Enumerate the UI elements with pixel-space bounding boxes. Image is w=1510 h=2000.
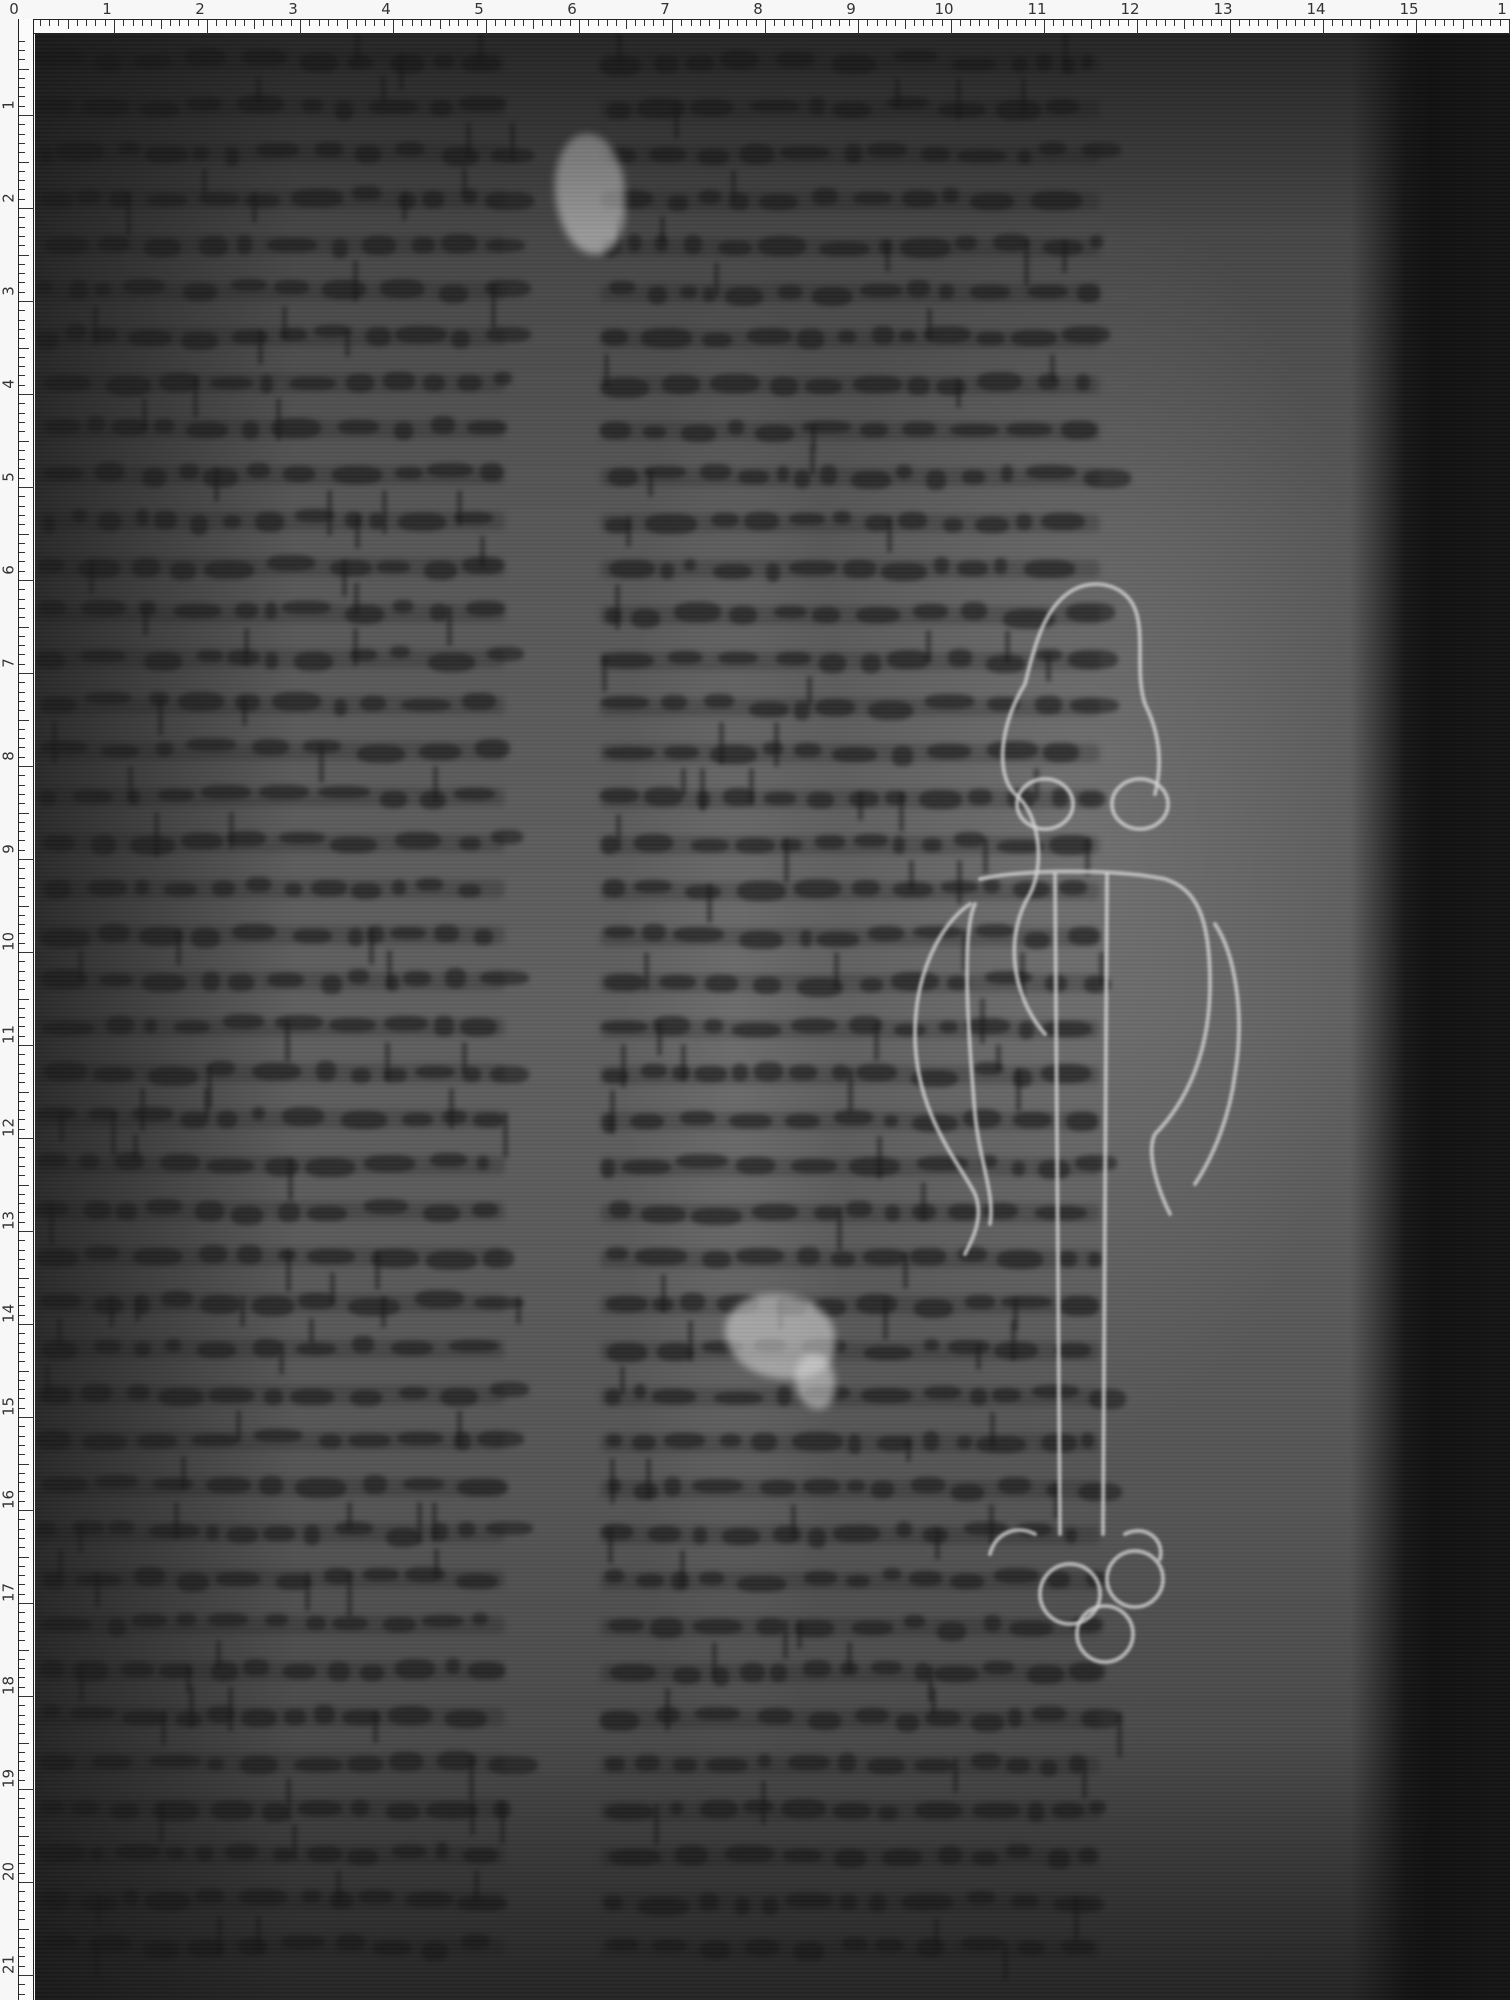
ruler-tick	[1463, 20, 1464, 29]
ruler-tick	[821, 20, 822, 26]
ruler-tick	[1128, 20, 1129, 26]
ruler-tick	[95, 20, 96, 26]
ruler-tick	[1221, 20, 1222, 26]
ruler-tick	[19, 720, 29, 721]
ruler-tick	[19, 1724, 25, 1725]
ruler-tick	[207, 20, 208, 34]
ruler-tick	[19, 999, 29, 1000]
ruler-tick	[291, 20, 292, 26]
ruler-tick	[1156, 20, 1157, 26]
ruler-tick	[495, 20, 496, 26]
ruler-tick	[19, 1212, 25, 1213]
ruler-tick	[19, 552, 25, 553]
top-ruler	[18, 19, 1510, 34]
ruler-tick	[19, 385, 25, 386]
ruler-tick	[151, 20, 152, 26]
ruler-tick	[19, 766, 34, 767]
scan-texture	[35, 34, 1510, 2000]
ruler-tick	[19, 589, 25, 590]
ruler-tick	[1035, 20, 1036, 26]
ruler-tick	[653, 20, 654, 26]
ruler-tick	[19, 952, 34, 953]
ruler-tick	[1174, 20, 1175, 26]
ruler-tick	[19, 282, 25, 283]
ruler-tick	[19, 301, 34, 302]
ruler-tick	[19, 1994, 25, 1995]
ruler-tick	[281, 20, 282, 26]
ruler-tick	[19, 645, 25, 646]
ruler-tick	[19, 803, 25, 804]
ruler-label: 15	[1399, 1, 1418, 17]
ruler-tick	[19, 608, 25, 609]
ruler-tick	[19, 1017, 25, 1018]
ruler-tick	[858, 20, 859, 34]
ruler-tick	[170, 20, 171, 26]
ruler-tick	[1044, 20, 1045, 34]
ruler-tick	[663, 20, 664, 26]
ruler-tick	[1388, 20, 1389, 26]
ruler-tick	[19, 50, 25, 51]
ruler-tick	[19, 1770, 25, 1771]
ruler-tick	[19, 1371, 29, 1372]
ruler-tick	[19, 348, 29, 349]
ruler-tick	[49, 20, 50, 26]
ruler-tick	[19, 487, 34, 488]
ruler-tick	[598, 20, 599, 26]
ruler-label: 20	[2, 1863, 17, 1881]
ruler-tick	[19, 1845, 25, 1846]
ruler-tick	[179, 20, 180, 26]
ruler-tick	[19, 1343, 25, 1344]
ruler-tick	[1091, 20, 1092, 29]
ruler-tick	[19, 115, 34, 116]
ruler-tick	[19, 534, 29, 535]
ruler-tick	[672, 20, 673, 34]
ruler-tick	[19, 692, 25, 693]
ruler-tick	[905, 20, 906, 29]
ruler-tick	[19, 1975, 34, 1976]
ruler-tick	[19, 1863, 25, 1864]
ruler-tick	[979, 20, 980, 26]
ruler-tick	[19, 822, 25, 823]
ruler-tick	[19, 1296, 25, 1297]
ruler-label: 10	[2, 933, 17, 951]
ruler-tick	[1342, 20, 1343, 26]
ruler-tick	[449, 20, 450, 26]
ruler-tick	[19, 496, 25, 497]
ruler-tick	[19, 943, 25, 944]
ruler-tick	[19, 859, 34, 860]
ruler-tick	[19, 1454, 25, 1455]
ruler-tick	[19, 1259, 25, 1260]
ruler-tick	[384, 20, 385, 26]
ruler-tick	[1370, 20, 1371, 29]
ruler-tick	[19, 794, 25, 795]
ruler-tick	[849, 20, 850, 26]
ruler-tick	[1490, 20, 1491, 26]
ruler-tick	[19, 1687, 25, 1688]
ruler-tick	[68, 20, 69, 29]
ruler-tick	[19, 69, 29, 70]
ruler-tick	[300, 20, 301, 34]
ruler-tick	[839, 20, 840, 26]
ruler-tick	[19, 961, 25, 962]
ruler-tick	[19, 227, 25, 228]
ruler-tick	[514, 20, 515, 26]
ruler-tick	[19, 1705, 25, 1706]
ruler-tick	[19, 1185, 29, 1186]
ruler-tick	[19, 422, 25, 423]
ruler-tick	[19, 1817, 25, 1818]
ruler-label: 10	[934, 1, 953, 17]
ruler-tick	[1435, 20, 1436, 26]
ruler-tick	[1472, 20, 1473, 26]
ruler-tick	[19, 1873, 25, 1874]
ruler-tick	[607, 20, 608, 26]
ruler-tick	[19, 1231, 34, 1232]
ruler-tick	[86, 20, 87, 26]
ruler-tick	[867, 20, 868, 26]
ruler-tick	[19, 199, 25, 200]
ruler-tick	[914, 20, 915, 26]
ruler-tick	[19, 1947, 25, 1948]
ruler-label: 21	[2, 1956, 17, 1974]
ruler-tick	[19, 1361, 25, 1362]
ruler-tick	[19, 506, 25, 507]
ruler-tick	[123, 20, 124, 26]
ruler-tick	[19, 1491, 25, 1492]
ruler-tick	[1379, 20, 1380, 26]
ruler-tick	[365, 20, 366, 26]
ruler-label: 11	[1027, 1, 1046, 17]
ruler-label: 4	[381, 1, 391, 17]
ruler-tick	[19, 245, 25, 246]
ruler-tick	[1304, 20, 1305, 26]
ruler-label: 18	[2, 1677, 17, 1695]
ruler-tick	[19, 1426, 25, 1427]
ruler-tick	[19, 1575, 25, 1576]
ruler-tick	[560, 20, 561, 26]
ruler-tick	[1025, 20, 1026, 26]
ruler-tick	[728, 20, 729, 26]
ruler-tick	[1211, 20, 1212, 26]
ruler-tick	[19, 1938, 25, 1939]
ruler-label: 3	[288, 1, 298, 17]
ruler-tick	[19, 1780, 25, 1781]
ruler-tick	[19, 757, 25, 758]
ruler-tick	[1416, 20, 1417, 34]
ruler-tick	[19, 636, 25, 637]
ruler-tick	[19, 1761, 25, 1762]
ruler-tick	[402, 20, 403, 26]
ruler-tick	[1239, 20, 1240, 26]
ruler-label: 8	[2, 747, 17, 765]
ruler-tick	[393, 20, 394, 34]
ruler-tick	[1053, 20, 1054, 26]
ruler-tick	[1193, 20, 1194, 26]
ruler-tick	[19, 1203, 25, 1204]
ruler-tick	[895, 20, 896, 26]
ruler-tick	[412, 20, 413, 26]
ruler-tick	[1397, 20, 1398, 26]
ruler-tick	[19, 1919, 25, 1920]
ruler-label: 15	[2, 1398, 17, 1416]
ruler-tick	[374, 20, 375, 26]
ruler-tick	[551, 20, 552, 26]
ruler-tick	[486, 20, 487, 34]
ruler-tick	[505, 20, 506, 26]
ruler-tick	[19, 162, 29, 163]
ruler-tick	[19, 1026, 25, 1027]
ruler-tick	[998, 20, 999, 29]
ruler-tick	[19, 1464, 29, 1465]
ruler-tick	[19, 580, 34, 581]
ruler-tick	[1323, 20, 1324, 34]
ruler-tick	[58, 20, 59, 26]
ruler-tick	[19, 413, 25, 414]
ruler-tick	[19, 1631, 25, 1632]
ruler-tick	[19, 785, 25, 786]
ruler-tick	[19, 1733, 25, 1734]
ruler-tick	[719, 20, 720, 29]
ruler-tick	[19, 515, 25, 516]
ruler-tick	[309, 20, 310, 26]
ruler-tick	[19, 1482, 25, 1483]
ruler-tick	[19, 1510, 34, 1511]
ruler-tick	[1351, 20, 1352, 26]
ruler-tick	[19, 310, 25, 311]
ruler-tick	[19, 189, 25, 190]
ruler-tick	[19, 524, 25, 525]
ruler-tick	[1258, 20, 1259, 26]
ruler-label: 6	[567, 1, 577, 17]
ruler-tick	[19, 1408, 25, 1409]
ruler-tick	[254, 20, 255, 29]
ruler-tick	[644, 20, 645, 26]
ruler-tick	[19, 292, 25, 293]
ruler-tick	[226, 20, 227, 26]
ruler-tick	[19, 1222, 25, 1223]
ruler-tick	[19, 1278, 29, 1279]
ruler-tick	[923, 20, 924, 26]
manuscript-scan	[35, 34, 1510, 2000]
ruler-tick	[477, 20, 478, 26]
ruler-tick	[198, 20, 199, 26]
ruler-label: 12	[1120, 1, 1139, 17]
ruler-tick	[347, 20, 348, 29]
ruler-tick	[19, 1501, 25, 1502]
ruler-label: 1	[1497, 1, 1507, 17]
ruler-tick	[356, 20, 357, 26]
ruler-tick	[19, 1398, 25, 1399]
ruler-tick	[19, 1380, 25, 1381]
ruler-tick	[579, 20, 580, 34]
ruler-tick	[19, 41, 25, 42]
ruler-tick	[19, 1836, 29, 1837]
ruler-tick	[19, 1064, 25, 1065]
ruler-tick	[1146, 20, 1147, 26]
ruler-tick	[1016, 20, 1017, 26]
ruler-tick	[19, 143, 25, 144]
ruler-tick	[114, 20, 115, 34]
ruler-label: 9	[846, 1, 856, 17]
ruler-tick	[458, 20, 459, 26]
ruler-tick	[19, 171, 25, 172]
ruler-label: 2	[195, 1, 205, 17]
ruler-tick	[19, 924, 25, 925]
ruler-tick	[235, 20, 236, 26]
ruler-tick	[19, 87, 25, 88]
ruler-tick	[19, 1743, 29, 1744]
ruler-tick	[542, 20, 543, 26]
ruler-tick	[216, 20, 217, 26]
ruler-tick	[19, 1119, 25, 1120]
ruler-tick	[1109, 20, 1110, 26]
ruler-label: 17	[2, 1584, 17, 1602]
ruler-tick	[19, 980, 25, 981]
ruler-tick	[932, 20, 933, 26]
ruler-tick	[19, 459, 25, 460]
ruler-tick	[19, 1324, 34, 1325]
ruler-tick	[19, 1138, 34, 1139]
ruler-tick	[19, 320, 25, 321]
ruler-tick	[244, 20, 245, 26]
ruler-tick	[421, 20, 422, 26]
ruler-tick	[746, 20, 747, 26]
ruler-tick	[19, 906, 29, 907]
ruler-label: 0	[9, 1, 19, 17]
ruler-tick	[19, 831, 25, 832]
ruler-tick	[19, 375, 25, 376]
ruler-tick	[1286, 20, 1287, 26]
ruler-tick	[1332, 20, 1333, 26]
ruler-tick	[19, 878, 25, 879]
ruler-tick	[105, 20, 106, 26]
ruler-label: 9	[2, 840, 17, 858]
ruler-tick	[40, 20, 41, 26]
ruler-label: 2	[2, 189, 17, 207]
ruler-tick	[19, 989, 25, 990]
ruler-tick	[756, 20, 757, 26]
ruler-tick	[951, 20, 952, 34]
ruler-tick	[19, 840, 25, 841]
ruler-tick	[1100, 20, 1101, 26]
ruler-tick	[19, 1389, 25, 1390]
ruler-tick	[19, 1557, 29, 1558]
ruler-tick	[19, 1650, 29, 1651]
ruler-tick	[19, 1305, 25, 1306]
ruler-tick	[272, 20, 273, 26]
ruler-label: 5	[474, 1, 484, 17]
ruler-tick	[19, 1547, 25, 1548]
ruler-tick	[19, 887, 25, 888]
ruler-tick	[793, 20, 794, 26]
ruler-tick	[19, 729, 25, 730]
ruler-tick	[19, 1157, 25, 1158]
ruler-tick	[691, 20, 692, 26]
ruler-tick	[19, 673, 34, 674]
ruler-tick	[1063, 20, 1064, 26]
ruler-tick	[942, 20, 943, 26]
ruler-tick	[19, 329, 25, 330]
ruler-tick	[77, 20, 78, 26]
ruler-tick	[19, 1147, 25, 1148]
ruler-tick	[533, 20, 534, 29]
ruler-tick	[19, 933, 25, 934]
ruler-tick	[877, 20, 878, 26]
ruler-tick	[19, 971, 25, 972]
ruler-tick	[19, 366, 25, 367]
ruler-tick	[133, 20, 134, 26]
ruler-tick	[802, 20, 803, 26]
ruler-tick	[700, 20, 701, 26]
ruler-tick	[19, 775, 25, 776]
ruler-tick	[19, 543, 25, 544]
ruler-tick	[188, 20, 189, 26]
ruler-tick	[960, 20, 961, 26]
ruler-tick	[588, 20, 589, 26]
ruler-tick	[19, 78, 25, 79]
ruler-tick	[19, 747, 25, 748]
ruler-tick	[19, 236, 25, 237]
ruler-tick	[626, 20, 627, 29]
ruler-tick	[19, 1240, 25, 1241]
ruler-tick	[19, 96, 25, 97]
ruler-tick	[812, 20, 813, 29]
ruler-tick	[19, 152, 25, 153]
ruler-label: 7	[2, 654, 17, 672]
ruler-tick	[19, 1882, 34, 1883]
ruler-tick	[19, 431, 25, 432]
left-ruler	[18, 19, 34, 2000]
ruler-tick	[19, 1529, 25, 1530]
ruler-tick	[1007, 20, 1008, 26]
ruler-tick	[19, 1659, 25, 1660]
ruler-tick	[263, 20, 264, 26]
ruler-tick	[19, 1640, 25, 1641]
ruler-tick	[19, 1045, 34, 1046]
ruler-tick	[19, 478, 25, 479]
ruler-tick	[570, 20, 571, 26]
ruler-tick	[319, 20, 320, 26]
ruler-tick	[440, 20, 441, 29]
ruler-tick	[19, 403, 25, 404]
ruler-label: 3	[2, 282, 17, 300]
ruler-tick	[1407, 20, 1408, 26]
ruler-tick	[19, 664, 25, 665]
ruler-tick	[19, 1696, 34, 1697]
ruler-tick	[1230, 20, 1231, 34]
ruler-tick	[1453, 20, 1454, 26]
ruler-tick	[1249, 20, 1250, 26]
ruler-tick	[19, 627, 29, 628]
ruler-tick	[19, 1603, 34, 1604]
ruler-tick	[19, 1715, 25, 1716]
ruler-tick	[784, 20, 785, 26]
ruler-tick	[1081, 20, 1082, 26]
ruler-tick	[19, 1956, 25, 1957]
ruler-tick	[1295, 20, 1296, 26]
ruler-tick	[19, 850, 25, 851]
ruler-tick	[616, 20, 617, 26]
ruler-tick	[19, 1287, 25, 1288]
ruler-tick	[19, 134, 25, 135]
ruler-label: 6	[2, 561, 17, 579]
ruler-tick	[970, 20, 971, 26]
ruler-label: 1	[102, 1, 112, 17]
ruler-tick	[19, 1808, 25, 1809]
ruler-tick	[19, 273, 25, 274]
